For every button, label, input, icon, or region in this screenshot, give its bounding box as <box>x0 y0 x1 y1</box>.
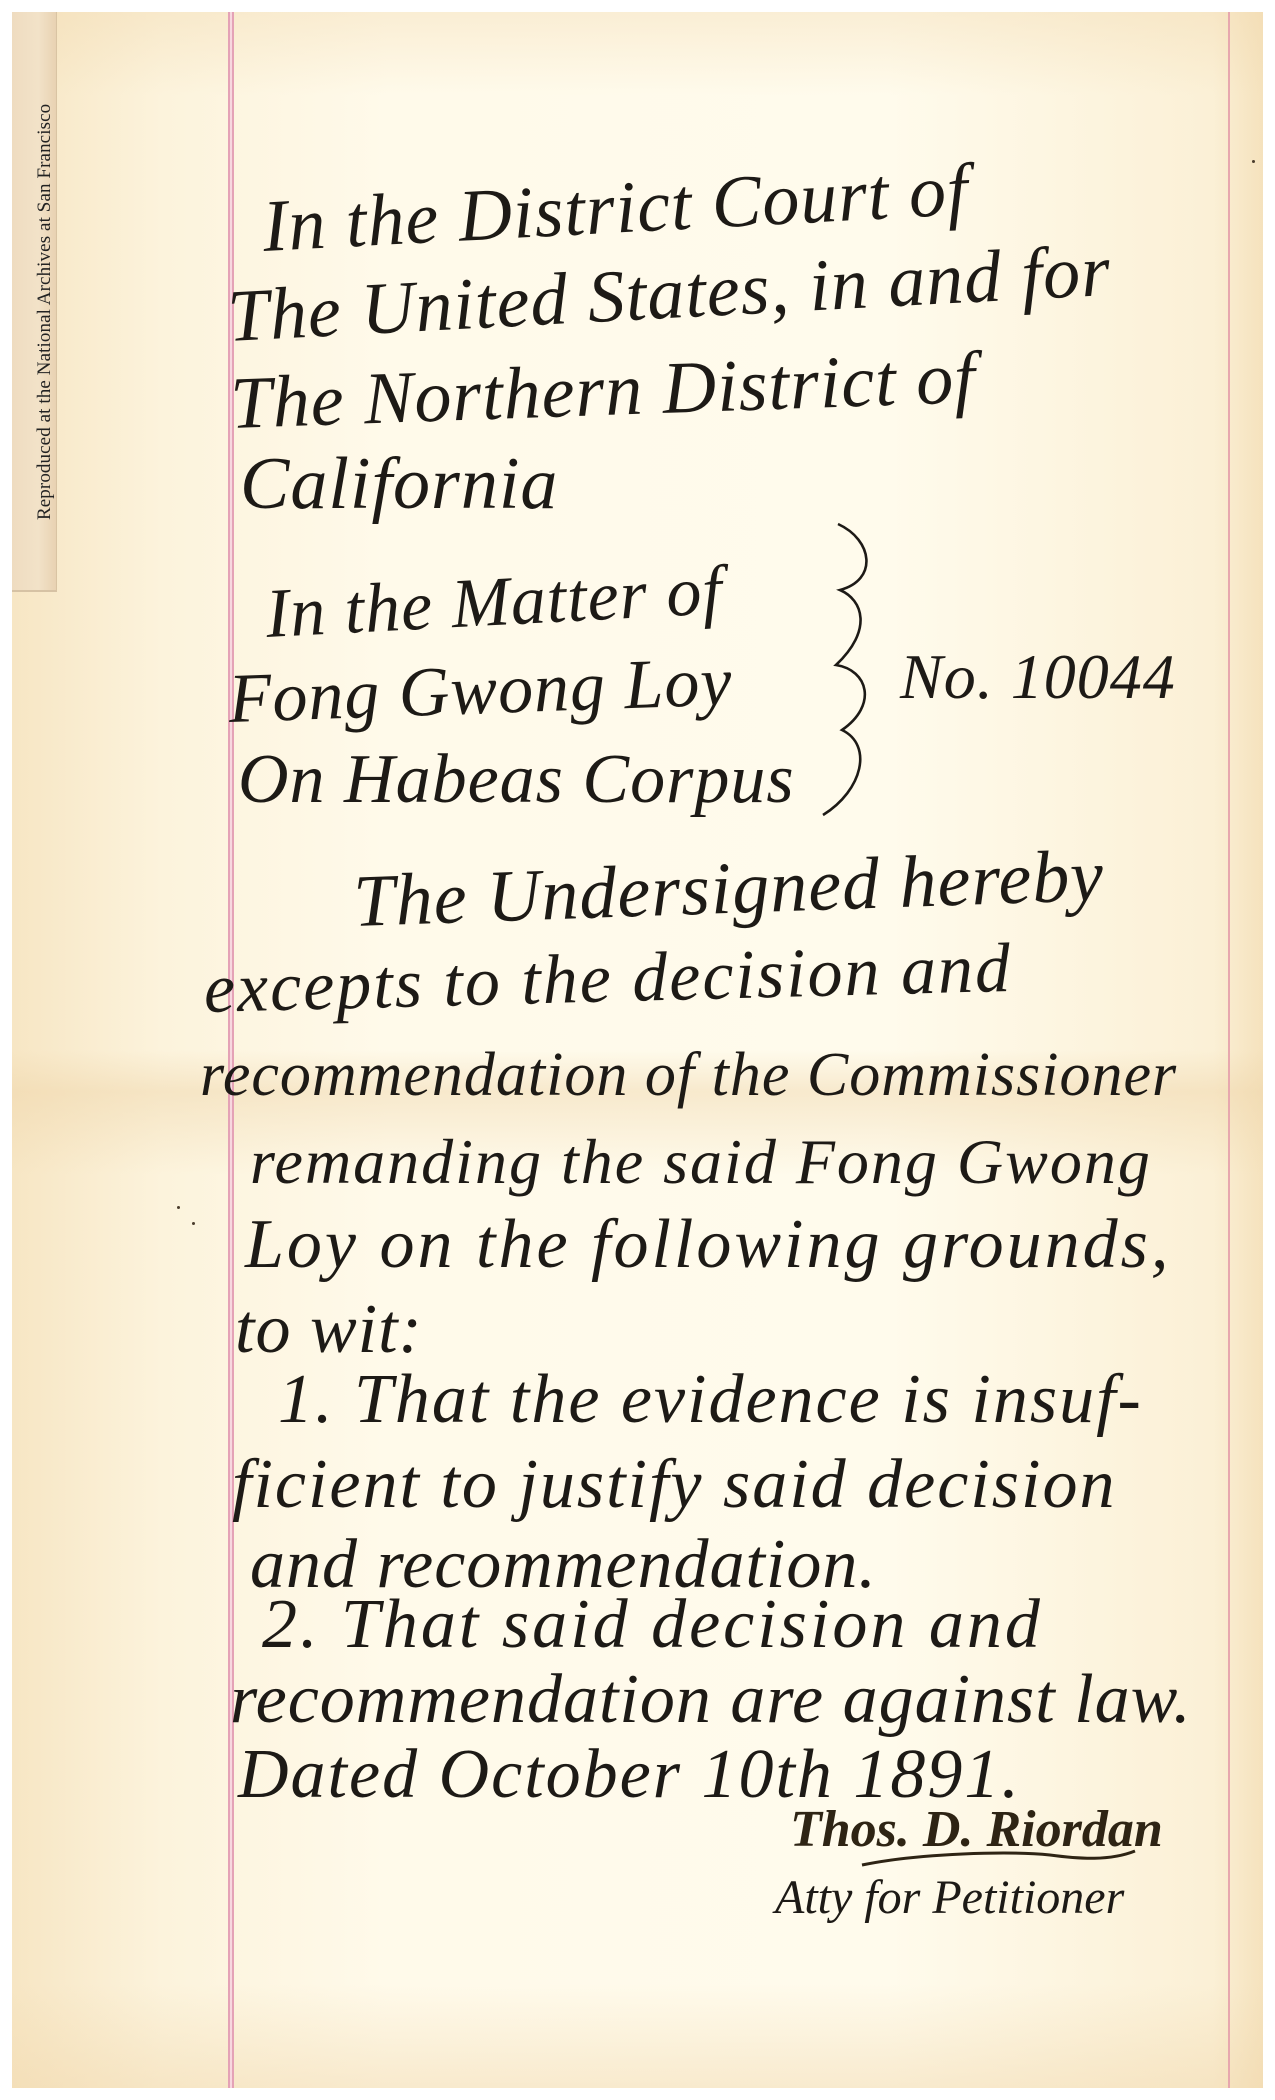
ink-speck <box>177 1206 180 1209</box>
ink-speck <box>1252 160 1255 163</box>
body-line-10: 2. That said decision and <box>262 1585 1043 1665</box>
signature-title: Atty for Petitioner <box>775 1870 1124 1925</box>
body-line-8: ficient to justify said decision <box>232 1445 1116 1525</box>
right-margin-rule <box>1228 12 1230 2088</box>
matter-line-3: On Habeas Corpus <box>238 740 795 820</box>
body-line-6: to wit: <box>235 1290 423 1370</box>
body-line-3: recommendation of the Commissioner <box>200 1040 1177 1111</box>
case-number: No. 10044 <box>900 640 1176 714</box>
body-line-11: recommendation are against law. <box>230 1660 1192 1740</box>
curly-brace-icon <box>818 520 898 820</box>
body-line-5: Loy on the following grounds, <box>245 1205 1171 1285</box>
ink-speck <box>192 1222 195 1225</box>
body-line-7: 1. That the evidence is insuf- <box>278 1360 1143 1440</box>
caption-line-4: California <box>240 442 558 527</box>
archive-label: Reproduced at the National Archives at S… <box>34 104 56 520</box>
body-line-4: remanding the said Fong Gwong <box>250 1125 1152 1199</box>
